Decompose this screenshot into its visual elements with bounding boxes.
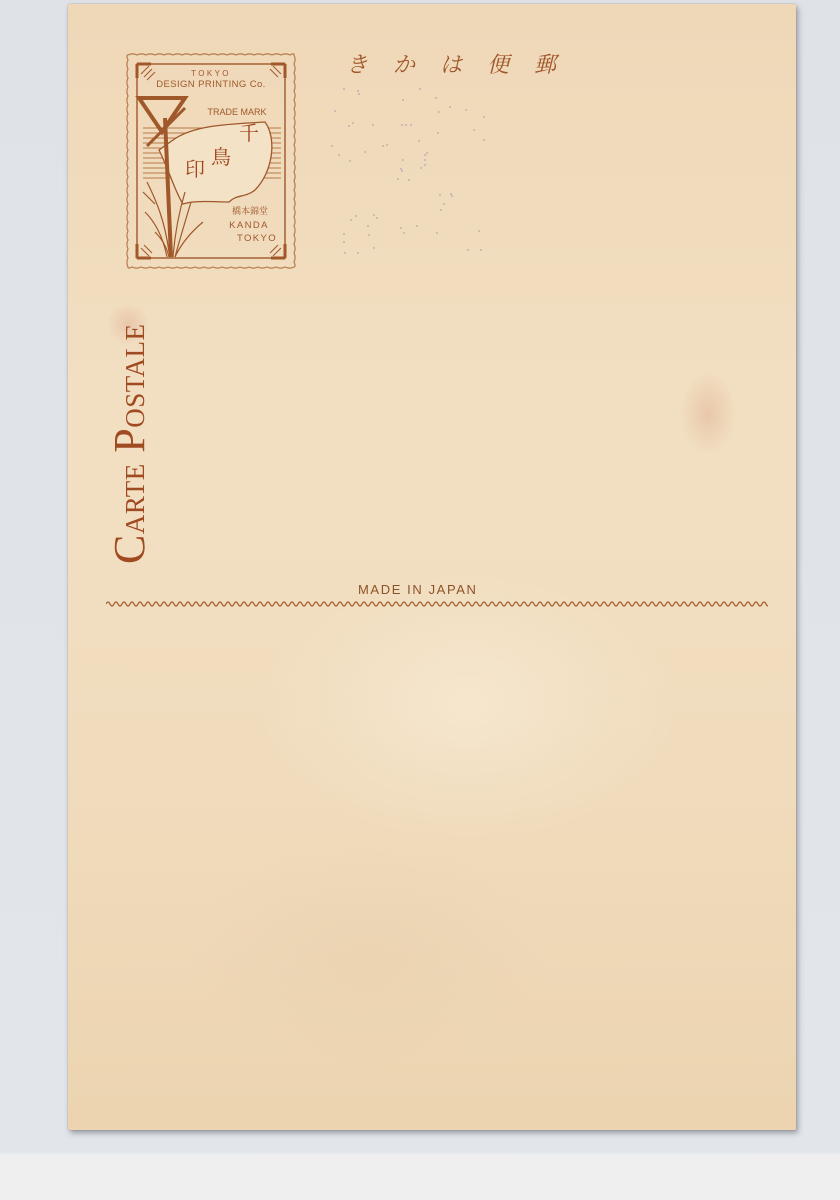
svg-text:橋本錦堂: 橋本錦堂 (232, 205, 268, 217)
header-char: 便 (487, 48, 509, 79)
postcard: TOKYO DESIGN PRINTING Co. TRADE MARK 千 鳥… (68, 4, 796, 1130)
header-char: は (440, 48, 462, 79)
wavy-divider (106, 598, 768, 610)
svg-text:鳥: 鳥 (211, 145, 231, 169)
svg-text:TOKYO: TOKYO (237, 233, 277, 244)
title-initial-p: P (105, 428, 154, 453)
trademark-stamp-art: TOKYO DESIGN PRINTING Co. TRADE MARK 千 鳥… (125, 52, 297, 270)
title-initial-c: C (105, 534, 154, 564)
background-bottom-band (0, 1155, 840, 1200)
stamp-box: TOKYO DESIGN PRINTING Co. TRADE MARK 千 鳥… (125, 52, 297, 270)
header-char: き (346, 48, 368, 79)
svg-text:KANDA: KANDA (229, 220, 269, 231)
header-char: 郵 (534, 48, 556, 79)
made-in-japan-label: MADE IN JAPAN (358, 582, 478, 597)
carte-postale-title: CARTE POSTALE (104, 323, 155, 564)
header-char: か (393, 48, 415, 79)
title-ostale: OSTALE (120, 323, 150, 427)
japanese-header: き か は 便 郵 (346, 48, 556, 79)
svg-text:TRADE MARK: TRADE MARK (207, 107, 266, 117)
svg-text:TOKYO: TOKYO (191, 69, 231, 78)
svg-text:印: 印 (185, 157, 205, 181)
svg-text:千: 千 (239, 121, 259, 145)
title-arte: ARTE (120, 463, 150, 534)
svg-text:DESIGN PRINTING Co.: DESIGN PRINTING Co. (156, 79, 265, 90)
